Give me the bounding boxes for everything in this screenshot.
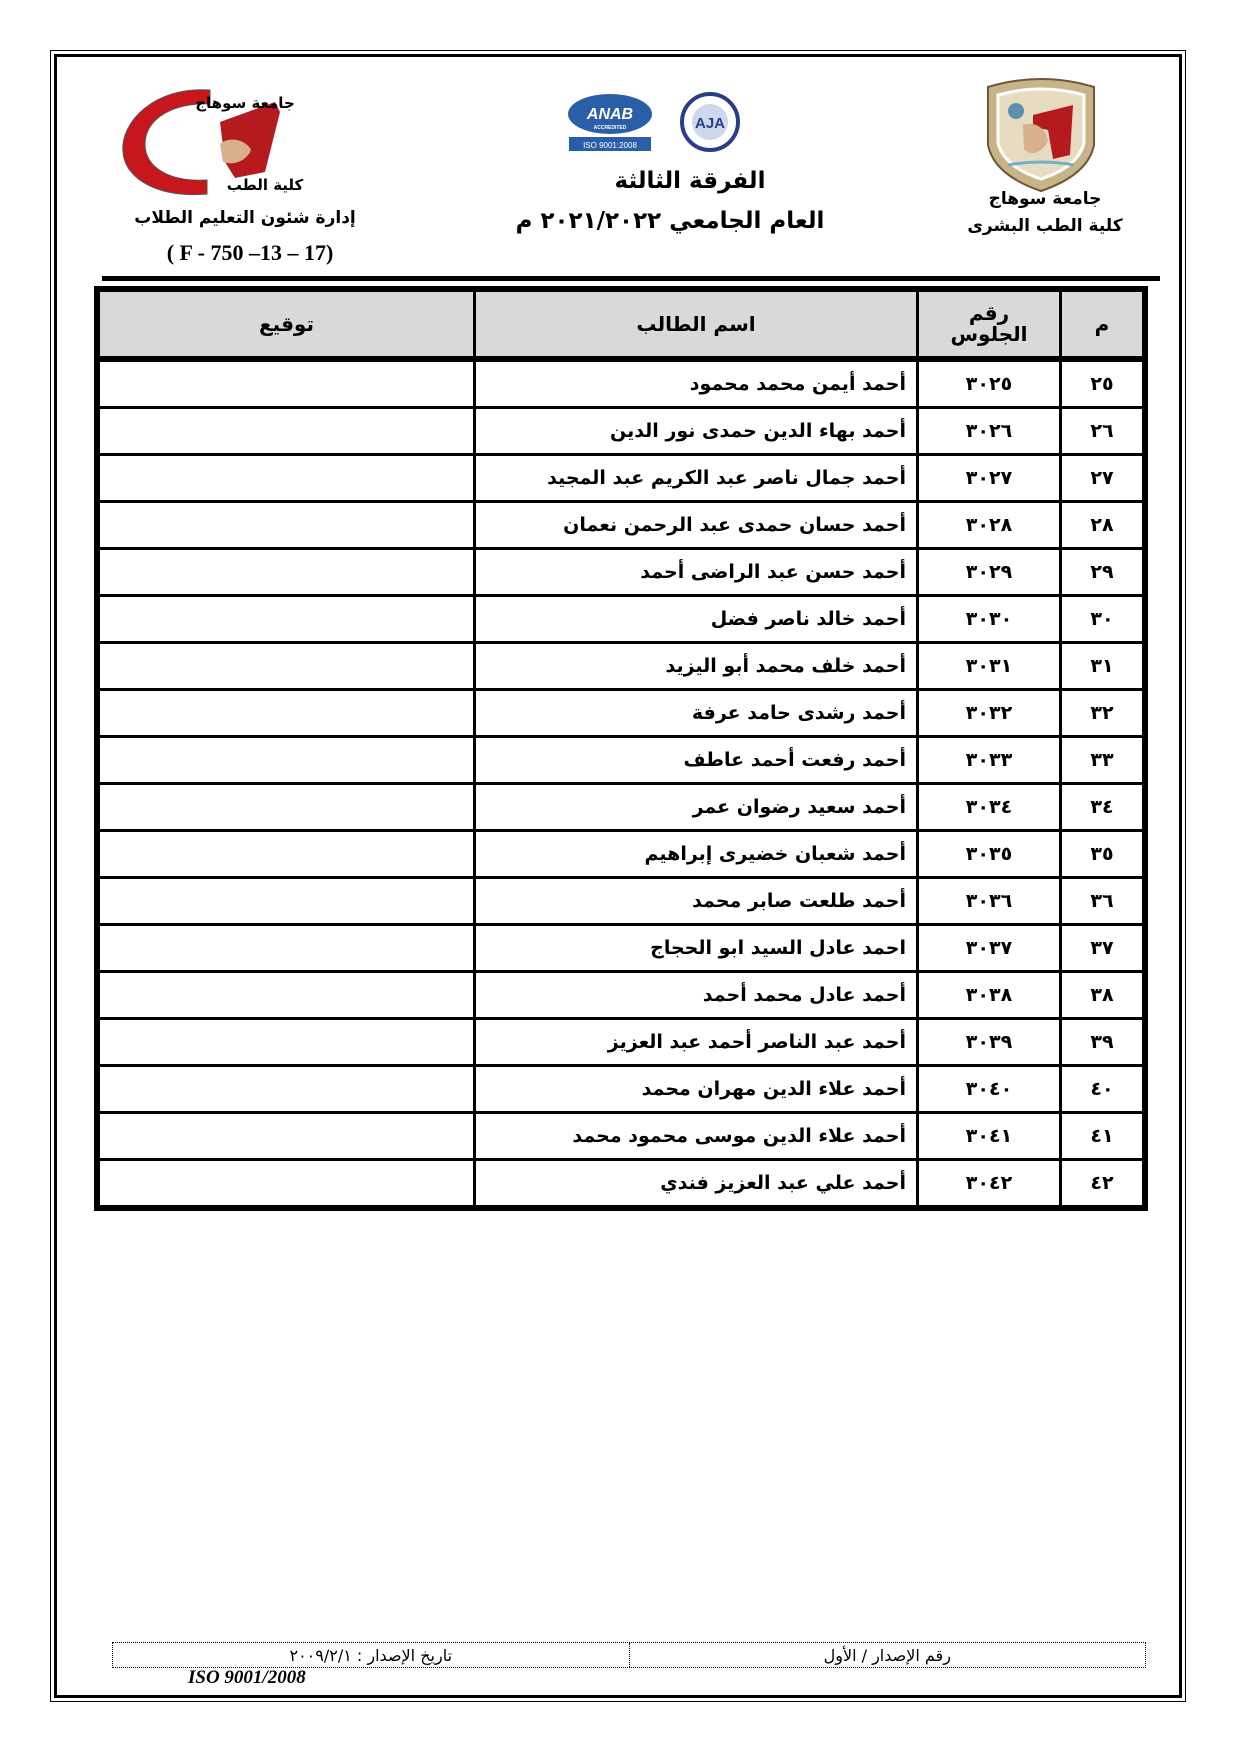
signature-field[interactable]	[100, 1160, 475, 1206]
seat-number: ٣٠٤٠	[918, 1066, 1061, 1113]
column-header-student-name: اسم الطالب	[475, 292, 918, 359]
table-row: ٢٨٣٠٢٨أحمد حسان حمدى عبد الرحمن نعمان	[100, 502, 1142, 549]
row-index: ٣٣	[1061, 737, 1143, 784]
student-name: أحمد بهاء الدين حمدى نور الدين	[475, 408, 918, 455]
table-row: ٣٥٣٠٣٥أحمد شعبان خضيرى إبراهيم	[100, 831, 1142, 878]
seat-number: ٣٠٣٦	[918, 878, 1061, 925]
accreditation-logos: ANAB ACCREDITED ISO 9001:2008 AJA	[565, 92, 755, 154]
signature-field[interactable]	[100, 737, 475, 784]
table-row: ٣٨٣٠٣٨أحمد عادل محمد أحمد	[100, 972, 1142, 1019]
university-name: جامعة سوهاج	[955, 189, 1135, 209]
seat-number: ٣٠٣٩	[918, 1019, 1061, 1066]
table-row: ٣٢٣٠٣٢أحمد رشدى حامد عرفة	[100, 690, 1142, 737]
header-divider	[102, 276, 1160, 281]
svg-text:ANAB: ANAB	[586, 106, 633, 123]
table-row: ٢٧٣٠٢٧أحمد جمال ناصر عبد الكريم عبد المج…	[100, 455, 1142, 502]
student-name: أحمد عبد الناصر أحمد عبد العزيز	[475, 1019, 918, 1066]
form-code: ( F - 750 –13 – 17)	[140, 240, 360, 266]
student-name: أحمد طلعت صابر محمد	[475, 878, 918, 925]
signature-field[interactable]	[100, 925, 475, 972]
signature-field[interactable]	[100, 972, 475, 1019]
signature-field[interactable]	[100, 502, 475, 549]
table-row: ٣٦٣٠٣٦أحمد طلعت صابر محمد	[100, 878, 1142, 925]
student-name: أحمد رشدى حامد عرفة	[475, 690, 918, 737]
seat-number: ٣٠٤٢	[918, 1160, 1061, 1206]
faculty-name: كلية الطب البشرى	[955, 216, 1135, 236]
table-row: ٤١٣٠٤١أحمد علاء الدين موسى محمود محمد	[100, 1113, 1142, 1160]
row-index: ٣٥	[1061, 831, 1143, 878]
seat-number: ٣٠٣٣	[918, 737, 1061, 784]
table-row: ٢٦٣٠٢٦أحمد بهاء الدين حمدى نور الدين	[100, 408, 1142, 455]
academic-year: العام الجامعي ٢٠٢١/٢٠٢٢ م	[480, 208, 860, 234]
seat-number: ٣٠٢٧	[918, 455, 1061, 502]
seat-number: ٣٠٣٠	[918, 596, 1061, 643]
student-name: أحمد سعيد رضوان عمر	[475, 784, 918, 831]
svg-text:ISO 9001:2008: ISO 9001:2008	[583, 141, 637, 150]
seat-number: ٣٠٢٨	[918, 502, 1061, 549]
student-roster-table: م رقم الجلوس اسم الطالب توقيع ٢٥٣٠٢٥أحمد…	[94, 286, 1148, 1211]
svg-text:جامعة سوهاج: جامعة سوهاج	[195, 94, 295, 112]
signature-field[interactable]	[100, 878, 475, 925]
seat-number: ٣٠٢٦	[918, 408, 1061, 455]
svg-text:كلية الطب: كلية الطب	[227, 176, 304, 194]
signature-field[interactable]	[100, 690, 475, 737]
row-index: ٣٩	[1061, 1019, 1143, 1066]
seat-number: ٣٠٣٢	[918, 690, 1061, 737]
row-index: ٢٩	[1061, 549, 1143, 596]
signature-field[interactable]	[100, 643, 475, 690]
row-index: ٢٦	[1061, 408, 1143, 455]
signature-field[interactable]	[100, 1113, 475, 1160]
signature-field[interactable]	[100, 359, 475, 408]
row-index: ٣٦	[1061, 878, 1143, 925]
seat-number: ٣٠٣٧	[918, 925, 1061, 972]
row-index: ٤٢	[1061, 1160, 1143, 1206]
seat-number: ٣٠٤١	[918, 1113, 1061, 1160]
table-row: ٤٠٣٠٤٠أحمد علاء الدين مهران محمد	[100, 1066, 1142, 1113]
table-row: ٣٩٣٠٣٩أحمد عبد الناصر أحمد عبد العزيز	[100, 1019, 1142, 1066]
table-header-row: م رقم الجلوس اسم الطالب توقيع	[100, 292, 1142, 359]
student-name: أحمد خلف محمد أبو اليزيد	[475, 643, 918, 690]
signature-field[interactable]	[100, 1019, 475, 1066]
student-name: أحمد علاء الدين مهران محمد	[475, 1066, 918, 1113]
department-label: إدارة شئون التعليم الطلاب	[130, 208, 360, 228]
column-header-signature: توقيع	[100, 292, 475, 359]
class-title: الفرقة الثالثة	[520, 168, 860, 194]
seat-number: ٣٠٣٤	[918, 784, 1061, 831]
signature-field[interactable]	[100, 1066, 475, 1113]
student-name: أحمد شعبان خضيرى إبراهيم	[475, 831, 918, 878]
table-row: ٣٠٣٠٣٠أحمد خالد ناصر فضل	[100, 596, 1142, 643]
table-row: ٣٧٣٠٣٧احمد عادل السيد ابو الحجاج	[100, 925, 1142, 972]
row-index: ٤٠	[1061, 1066, 1143, 1113]
table-row: ٢٥٣٠٢٥أحمد أيمن محمد محمود	[100, 359, 1142, 408]
student-name: أحمد علاء الدين موسى محمود محمد	[475, 1113, 918, 1160]
row-index: ٣١	[1061, 643, 1143, 690]
aja-logo: AJA	[682, 94, 738, 150]
row-index: ٢٨	[1061, 502, 1143, 549]
svg-text:AJA: AJA	[695, 115, 725, 132]
iso-standard-label: ISO 9001/2008	[188, 1667, 306, 1689]
seat-number: ٣٠٣٥	[918, 831, 1061, 878]
signature-field[interactable]	[100, 455, 475, 502]
row-index: ٣٨	[1061, 972, 1143, 1019]
student-name: أحمد علي عبد العزيز فندي	[475, 1160, 918, 1206]
issue-info-box: رقم الإصدار / الأول تاريخ الإصدار : ٢٠٠٩…	[112, 1642, 1146, 1668]
signature-field[interactable]	[100, 549, 475, 596]
row-index: ٢٥	[1061, 359, 1143, 408]
seat-number: ٣٠٣٨	[918, 972, 1061, 1019]
student-name: أحمد عادل محمد أحمد	[475, 972, 918, 1019]
column-header-index: م	[1061, 292, 1143, 359]
seat-number: ٣٠٣١	[918, 643, 1061, 690]
issue-date: تاريخ الإصدار : ٢٠٠٩/٢/١	[113, 1643, 630, 1667]
row-index: ٤١	[1061, 1113, 1143, 1160]
roster-body: ٢٥٣٠٢٥أحمد أيمن محمد محمود٢٦٣٠٢٦أحمد بها…	[100, 359, 1142, 1205]
svg-text:ACCREDITED: ACCREDITED	[594, 125, 627, 131]
row-index: ٣٠	[1061, 596, 1143, 643]
table-row: ٤٢٣٠٤٢أحمد علي عبد العزيز فندي	[100, 1160, 1142, 1206]
table-row: ٣٣٣٠٣٣أحمد رفعت أحمد عاطف	[100, 737, 1142, 784]
row-index: ٢٧	[1061, 455, 1143, 502]
university-crest	[978, 75, 1104, 193]
row-index: ٣٧	[1061, 925, 1143, 972]
anab-logo: ANAB ACCREDITED ISO 9001:2008	[568, 94, 652, 151]
signature-field[interactable]	[100, 784, 475, 831]
faculty-logo: جامعة سوهاج كلية الطب	[115, 82, 315, 200]
student-name: أحمد حسن عبد الراضى أحمد	[475, 549, 918, 596]
issue-number: رقم الإصدار / الأول	[630, 1643, 1146, 1667]
student-name: أحمد رفعت أحمد عاطف	[475, 737, 918, 784]
table-row: ٣٤٣٠٣٤أحمد سعيد رضوان عمر	[100, 784, 1142, 831]
signature-field[interactable]	[100, 408, 475, 455]
seat-number: ٣٠٢٥	[918, 359, 1061, 408]
student-name: أحمد حسان حمدى عبد الرحمن نعمان	[475, 502, 918, 549]
table-row: ٣١٣٠٣١أحمد خلف محمد أبو اليزيد	[100, 643, 1142, 690]
column-header-seat-number: رقم الجلوس	[918, 292, 1061, 359]
student-name: أحمد جمال ناصر عبد الكريم عبد المجيد	[475, 455, 918, 502]
row-index: ٣٢	[1061, 690, 1143, 737]
seat-number: ٣٠٢٩	[918, 549, 1061, 596]
row-index: ٣٤	[1061, 784, 1143, 831]
signature-field[interactable]	[100, 596, 475, 643]
student-name: أحمد خالد ناصر فضل	[475, 596, 918, 643]
signature-field[interactable]	[100, 831, 475, 878]
student-name: احمد عادل السيد ابو الحجاج	[475, 925, 918, 972]
table-row: ٢٩٣٠٢٩أحمد حسن عبد الراضى أحمد	[100, 549, 1142, 596]
student-name: أحمد أيمن محمد محمود	[475, 359, 918, 408]
